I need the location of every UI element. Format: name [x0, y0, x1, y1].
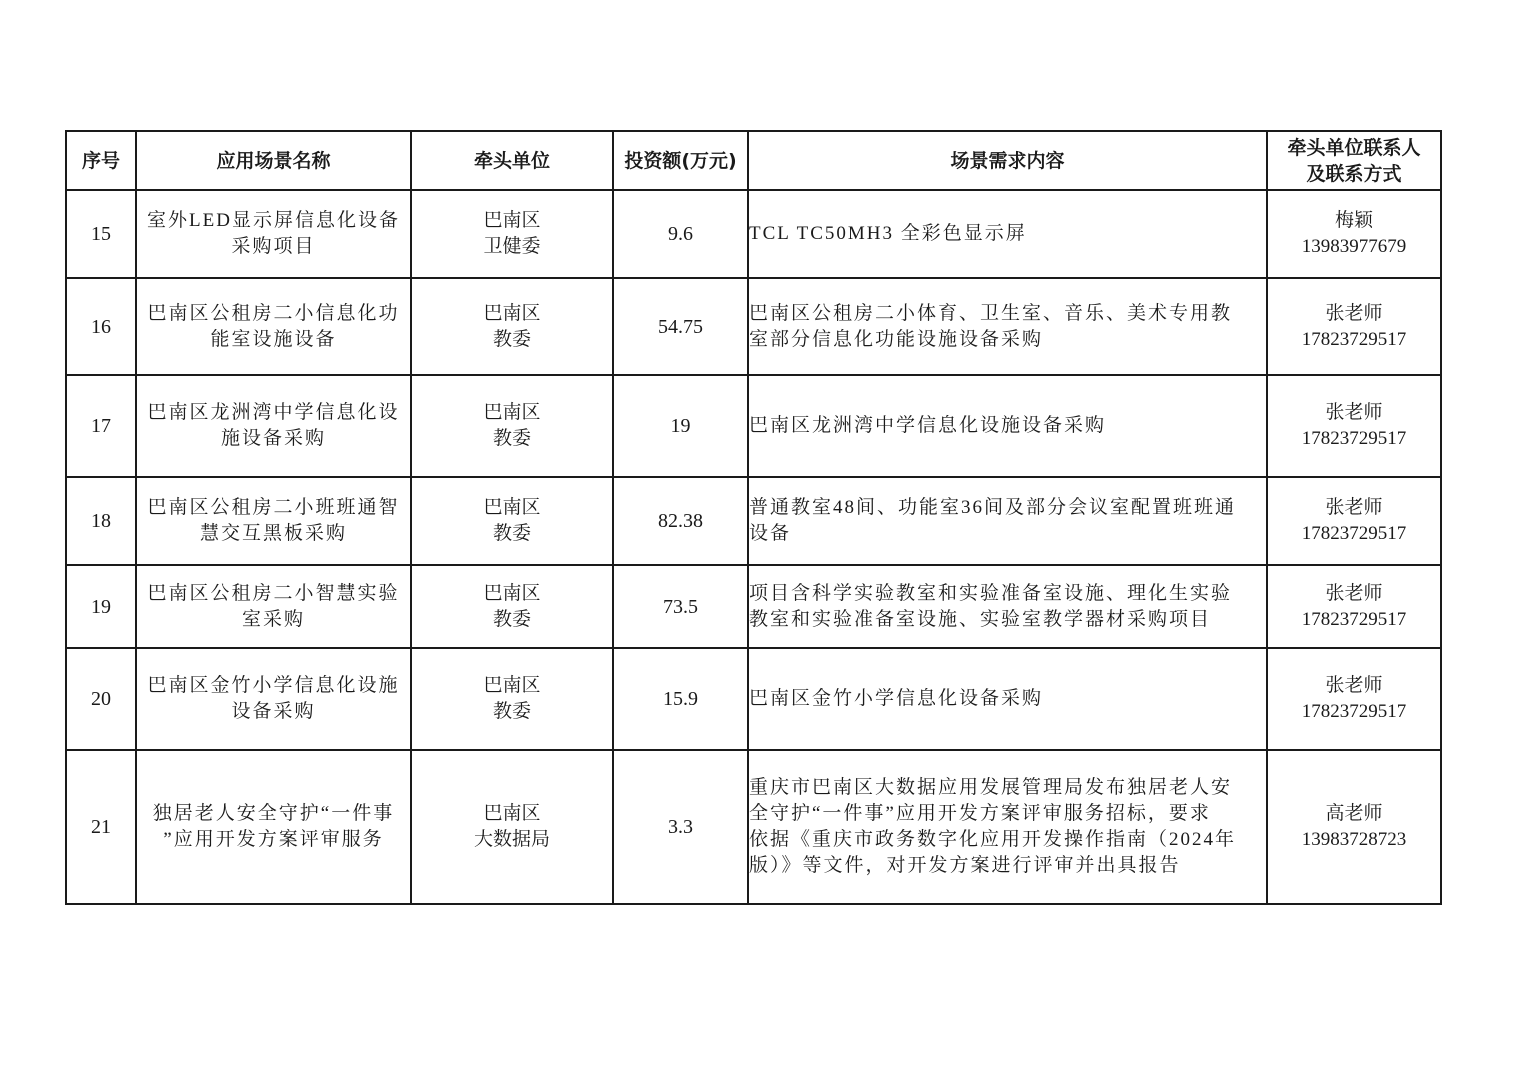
contact-phone: 13983728723 — [1268, 827, 1440, 853]
content-cell: 巴南区龙洲湾中学信息化设施设备采购 — [748, 375, 1267, 477]
header-contact: 牵头单位联系人 及联系方式 — [1267, 131, 1441, 190]
unit-line: 教委 — [412, 426, 612, 452]
table-row: 21 独居老人安全守护“一件事 ”应用开发方案评审服务 巴南区 大数据局 3.3… — [66, 750, 1441, 904]
content-line: 巴南区龙洲湾中学信息化设施设备采购 — [749, 413, 1266, 439]
contact-phone: 17823729517 — [1268, 426, 1440, 452]
contact-phone: 17823729517 — [1268, 521, 1440, 547]
amount-cell: 73.5 — [613, 565, 748, 648]
contact-name: 高老师 — [1268, 801, 1440, 827]
table-row: 16 巴南区公租房二小信息化功 能室设施设备 巴南区 教委 54.75 巴南区公… — [66, 278, 1441, 375]
unit-line: 巴南区 — [412, 581, 612, 607]
contact-name: 张老师 — [1268, 673, 1440, 699]
amount-cell: 82.38 — [613, 477, 748, 565]
name-line: 施设备采购 — [137, 426, 410, 452]
unit-line: 巴南区 — [412, 673, 612, 699]
table-row: 19 巴南区公租房二小智慧实验 室采购 巴南区 教委 73.5 项目含科学实验教… — [66, 565, 1441, 648]
header-row: 序号 应用场景名称 牵头单位 投资额(万元) 场景需求内容 牵头单位联系人 及联… — [66, 131, 1441, 190]
unit-line: 巴南区 — [412, 400, 612, 426]
unit-line: 大数据局 — [412, 827, 612, 853]
unit-line: 卫健委 — [412, 234, 612, 260]
amount-cell: 15.9 — [613, 648, 748, 750]
content-line: 项目含科学实验教室和实验准备室设施、理化生实验 — [749, 581, 1266, 607]
contact-phone: 17823729517 — [1268, 327, 1440, 353]
table-row: 15 室外LED显示屏信息化设备 采购项目 巴南区 卫健委 9.6 TCL TC… — [66, 190, 1441, 278]
contact-name: 梅颖 — [1268, 208, 1440, 234]
name-cell: 独居老人安全守护“一件事 ”应用开发方案评审服务 — [136, 750, 411, 904]
contact-phone: 13983977679 — [1268, 234, 1440, 260]
name-line: 巴南区龙洲湾中学信息化设 — [137, 400, 410, 426]
unit-line: 巴南区 — [412, 801, 612, 827]
amount-cell: 54.75 — [613, 278, 748, 375]
unit-cell: 巴南区 教委 — [411, 565, 613, 648]
name-line: 巴南区公租房二小智慧实验 — [137, 581, 410, 607]
name-cell: 室外LED显示屏信息化设备 采购项目 — [136, 190, 411, 278]
header-amount: 投资额(万元) — [613, 131, 748, 190]
contact-name: 张老师 — [1268, 400, 1440, 426]
content-line: 巴南区公租房二小体育、卫生室、音乐、美术专用教 — [749, 301, 1266, 327]
unit-line: 教委 — [412, 699, 612, 725]
name-line: ”应用开发方案评审服务 — [137, 827, 410, 853]
content-line: 设备 — [749, 521, 1266, 547]
name-line: 设备采购 — [137, 699, 410, 725]
header-content: 场景需求内容 — [748, 131, 1267, 190]
content-line: 普通教室48间、功能室36间及部分会议室配置班班通 — [749, 495, 1266, 521]
seq-cell: 15 — [66, 190, 136, 278]
unit-cell: 巴南区 卫健委 — [411, 190, 613, 278]
unit-line: 教委 — [412, 521, 612, 547]
contact-phone: 17823729517 — [1268, 607, 1440, 633]
seq-cell: 16 — [66, 278, 136, 375]
name-line: 室外LED显示屏信息化设备 — [137, 208, 410, 234]
name-cell: 巴南区公租房二小智慧实验 室采购 — [136, 565, 411, 648]
contact-cell: 张老师 17823729517 — [1267, 477, 1441, 565]
content-cell: 重庆市巴南区大数据应用发展管理局发布独居老人安 全守护“一件事”应用开发方案评审… — [748, 750, 1267, 904]
project-table: 序号 应用场景名称 牵头单位 投资额(万元) 场景需求内容 牵头单位联系人 及联… — [65, 130, 1442, 905]
seq-cell: 21 — [66, 750, 136, 904]
name-line: 能室设施设备 — [137, 327, 410, 353]
content-line: 全守护“一件事”应用开发方案评审服务招标，要求 — [749, 801, 1266, 827]
unit-cell: 巴南区 大数据局 — [411, 750, 613, 904]
amount-cell: 19 — [613, 375, 748, 477]
contact-name: 张老师 — [1268, 581, 1440, 607]
unit-cell: 巴南区 教委 — [411, 278, 613, 375]
content-line: 依据《重庆市政务数字化应用开发操作指南（2024年 — [749, 827, 1266, 853]
content-line: TCL TC50MH3 全彩色显示屏 — [749, 221, 1266, 247]
table-row: 18 巴南区公租房二小班班通智 慧交互黑板采购 巴南区 教委 82.38 普通教… — [66, 477, 1441, 565]
header-name: 应用场景名称 — [136, 131, 411, 190]
content-line: 重庆市巴南区大数据应用发展管理局发布独居老人安 — [749, 775, 1266, 801]
name-line: 室采购 — [137, 607, 410, 633]
name-cell: 巴南区龙洲湾中学信息化设 施设备采购 — [136, 375, 411, 477]
name-line: 巴南区公租房二小信息化功 — [137, 301, 410, 327]
seq-cell: 17 — [66, 375, 136, 477]
name-cell: 巴南区公租房二小班班通智 慧交互黑板采购 — [136, 477, 411, 565]
seq-cell: 20 — [66, 648, 136, 750]
name-line: 慧交互黑板采购 — [137, 521, 410, 547]
content-cell: 巴南区公租房二小体育、卫生室、音乐、美术专用教 室部分信息化功能设施设备采购 — [748, 278, 1267, 375]
content-line: 室部分信息化功能设施设备采购 — [749, 327, 1266, 353]
table-row: 20 巴南区金竹小学信息化设施 设备采购 巴南区 教委 15.9 巴南区金竹小学… — [66, 648, 1441, 750]
content-line: 巴南区金竹小学信息化设备采购 — [749, 686, 1266, 712]
name-line: 巴南区金竹小学信息化设施 — [137, 673, 410, 699]
table-row: 17 巴南区龙洲湾中学信息化设 施设备采购 巴南区 教委 19 巴南区龙洲湾中学… — [66, 375, 1441, 477]
name-cell: 巴南区金竹小学信息化设施 设备采购 — [136, 648, 411, 750]
amount-cell: 3.3 — [613, 750, 748, 904]
contact-cell: 梅颖 13983977679 — [1267, 190, 1441, 278]
header-seq: 序号 — [66, 131, 136, 190]
unit-line: 巴南区 — [412, 495, 612, 521]
unit-cell: 巴南区 教委 — [411, 375, 613, 477]
content-cell: 项目含科学实验教室和实验准备室设施、理化生实验 教室和实验准备室设施、实验室教学… — [748, 565, 1267, 648]
name-line: 采购项目 — [137, 234, 410, 260]
unit-cell: 巴南区 教委 — [411, 477, 613, 565]
content-cell: 普通教室48间、功能室36间及部分会议室配置班班通 设备 — [748, 477, 1267, 565]
content-cell: TCL TC50MH3 全彩色显示屏 — [748, 190, 1267, 278]
seq-cell: 18 — [66, 477, 136, 565]
unit-cell: 巴南区 教委 — [411, 648, 613, 750]
contact-name: 张老师 — [1268, 301, 1440, 327]
unit-line: 巴南区 — [412, 301, 612, 327]
unit-line: 教委 — [412, 327, 612, 353]
contact-cell: 张老师 17823729517 — [1267, 375, 1441, 477]
name-line: 巴南区公租房二小班班通智 — [137, 495, 410, 521]
contact-cell: 高老师 13983728723 — [1267, 750, 1441, 904]
content-line: 教室和实验准备室设施、实验室教学器材采购项目 — [749, 607, 1266, 633]
contact-cell: 张老师 17823729517 — [1267, 648, 1441, 750]
contact-cell: 张老师 17823729517 — [1267, 278, 1441, 375]
contact-cell: 张老师 17823729517 — [1267, 565, 1441, 648]
unit-line: 巴南区 — [412, 208, 612, 234]
header-contact-line1: 牵头单位联系人 — [1268, 135, 1440, 161]
content-line: 版）》等文件，对开发方案进行评审并出具报告 — [749, 853, 1266, 879]
contact-phone: 17823729517 — [1268, 699, 1440, 725]
name-cell: 巴南区公租房二小信息化功 能室设施设备 — [136, 278, 411, 375]
amount-cell: 9.6 — [613, 190, 748, 278]
header-unit: 牵头单位 — [411, 131, 613, 190]
unit-line: 教委 — [412, 607, 612, 633]
seq-cell: 19 — [66, 565, 136, 648]
header-contact-line2: 及联系方式 — [1268, 161, 1440, 187]
content-cell: 巴南区金竹小学信息化设备采购 — [748, 648, 1267, 750]
contact-name: 张老师 — [1268, 495, 1440, 521]
name-line: 独居老人安全守护“一件事 — [137, 801, 410, 827]
